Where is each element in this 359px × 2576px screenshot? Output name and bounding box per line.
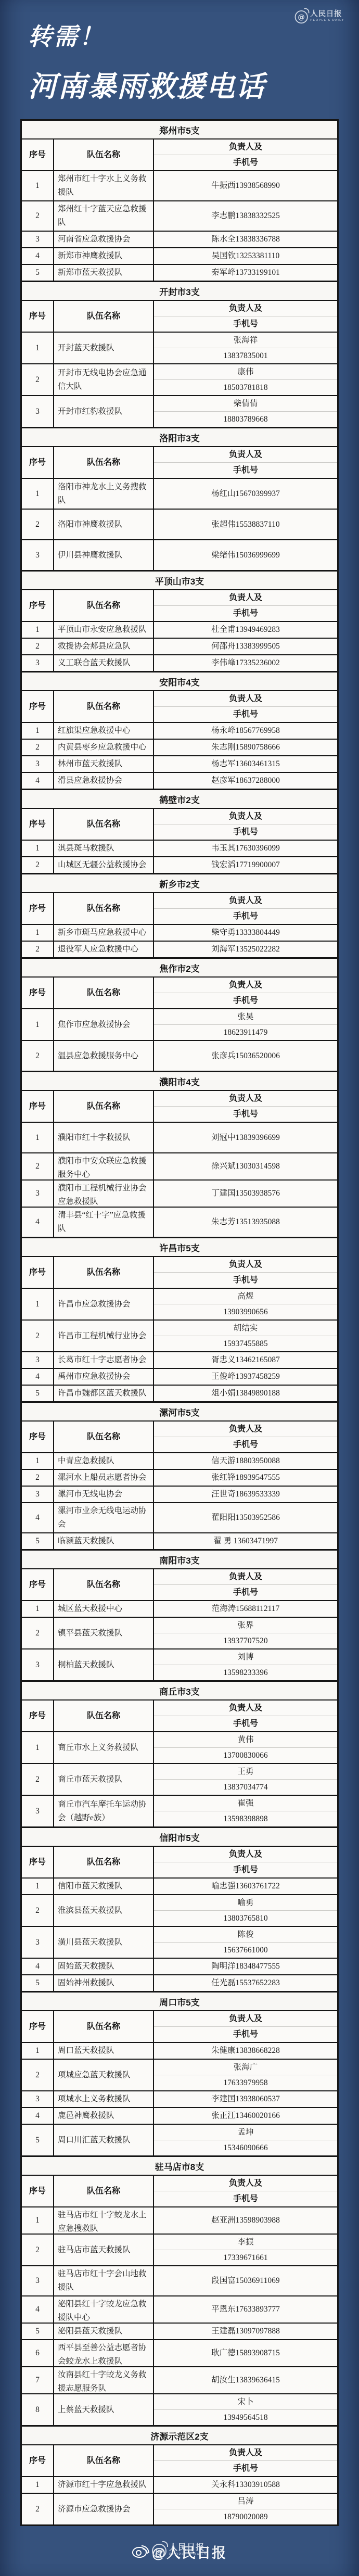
table-row: 1信阳市蓝天救援队喻忠强13603761722 <box>22 1877 337 1894</box>
col-header-contact-line2: 手机号 <box>154 1437 337 1452</box>
table-row: 2驻马店市蓝天救援队李振17339671661 <box>22 2234 337 2265</box>
contact-name: 胡结实 <box>154 1321 337 1336</box>
col-header-contact-line1: 负责人及 <box>154 809 337 824</box>
contact-name-phone: 耿广德15893908715 <box>154 2340 337 2367</box>
table-row: 1开封蓝天救援队张海祥13837835001 <box>22 332 337 363</box>
contact-cell: 翟 勇 13603471997 <box>154 1533 337 1549</box>
contact-name-phone: 赵彦军18637288000 <box>154 772 337 789</box>
col-header-contact: 负责人及手机号 <box>154 1701 337 1731</box>
page-title-line2: 河南暴雨救援电话 <box>28 64 359 105</box>
table-row: 4漯河市业余无线电运动协会翟阳阳13503952586 <box>22 1502 337 1532</box>
col-header-team: 队伍名称 <box>54 1422 154 1452</box>
team-name: 固始蓝天救援队 <box>54 1959 154 1974</box>
contact-cell: 李建国13938060537 <box>154 2091 337 2107</box>
team-name: 驻马店市蓝天救援队 <box>54 2235 154 2265</box>
col-header-contact-line2: 手机号 <box>154 316 337 332</box>
col-header-contact: 负责人及手机号 <box>154 978 337 1008</box>
contact-cell: 杨志军13603461315 <box>154 756 337 772</box>
team-name: 伊川县神鹰救援队 <box>54 540 154 570</box>
contact-phone: 15637661000 <box>154 1942 337 1958</box>
table-row: 1洛阳市神龙水上义务搜救队杨红山15670399937 <box>22 478 337 509</box>
row-index: 2 <box>22 1764 54 1795</box>
col-header-team: 队伍名称 <box>54 2176 154 2206</box>
at-icon: @ <box>295 10 308 23</box>
table-row: 1平顶山市永安应急救援队杜全甫13949469283 <box>22 621 337 638</box>
col-header-index: 序号 <box>22 2011 54 2042</box>
col-header-contact: 负责人及手机号 <box>154 2176 337 2206</box>
col-header-team: 队伍名称 <box>54 2445 154 2476</box>
table-row: 2山城区无疆公益救援协会钱宏滔17719900007 <box>22 856 337 873</box>
table-row: 2内黄县枣乡应急救援中心朱志刚15890758666 <box>22 739 337 755</box>
contact-name-phone: 柴守勇13333804449 <box>154 924 337 941</box>
col-header-team: 队伍名称 <box>54 809 154 840</box>
logo-en-text: PEOPLE'S DAILY <box>169 2553 207 2557</box>
team-name: 淇县斑马救援队 <box>54 841 154 856</box>
city-header: 许昌市5支 <box>22 1237 337 1256</box>
table-row: 5泌阳县蓝天救援队王建磊13097097888 <box>22 2323 337 2339</box>
table-row: 1商丘市水上义务救援队黄伟13700830066 <box>22 1731 337 1763</box>
team-name: 开封市红豹救援队 <box>54 396 154 427</box>
column-header-row: 序号队伍名称负责人及手机号 <box>22 1846 337 1877</box>
city-header: 济源示范区2支 <box>22 2425 337 2444</box>
col-header-contact-line2: 手机号 <box>154 462 337 478</box>
col-header-index: 序号 <box>22 2445 54 2476</box>
contact-name-phone: 杨红山15670399937 <box>154 478 337 509</box>
city-header: 南阳市3支 <box>22 1549 337 1568</box>
row-index: 2 <box>22 364 54 395</box>
row-index: 4 <box>22 1208 54 1237</box>
city-header: 郑州市5支 <box>22 121 337 138</box>
table-row: 4泌阳县红十字蛟龙应急救援队中心平恩东17633893777 <box>22 2295 337 2323</box>
col-header-contact: 负责人及手机号 <box>154 1569 337 1600</box>
contact-cell: 关永科13303910588 <box>154 2477 337 2493</box>
table-row: 1许昌市应急救援协会高煜13903990656 <box>22 1288 337 1319</box>
contact-cell: 王俊峰13937458259 <box>154 1369 337 1385</box>
contact-name-phone: 朱健康13838668228 <box>154 2042 337 2059</box>
col-header-contact-line2: 手机号 <box>154 908 337 924</box>
col-header-team: 队伍名称 <box>54 1701 154 1731</box>
contact-cell: 杨永峰18567769958 <box>154 723 337 739</box>
row-index: 3 <box>22 1352 54 1368</box>
row-index: 1 <box>22 1879 54 1894</box>
col-header-team: 队伍名称 <box>54 691 154 722</box>
table-row: 5许昌市魏都区蓝天救援队俎小娟13849890188 <box>22 1385 337 1401</box>
contact-name-phone: 张彦兵15036520006 <box>154 1040 337 1071</box>
row-index: 1 <box>22 479 54 509</box>
col-header-index: 序号 <box>22 691 54 722</box>
contact-name-phone: 俎小娟13849890188 <box>154 1385 337 1402</box>
col-header-contact: 负责人及手机号 <box>154 893 337 924</box>
col-header-index: 序号 <box>22 1257 54 1288</box>
col-header-index: 序号 <box>22 978 54 1008</box>
rescue-table: 郑州市5支序号队伍名称负责人及手机号1郑州市红十字水上义务救援队牛振西13938… <box>20 119 339 2526</box>
col-header-team: 队伍名称 <box>54 447 154 478</box>
col-header-contact-line2: 手机号 <box>154 706 337 722</box>
table-row: 3潢川县蓝天救援队陈俊15637661000 <box>22 1926 337 1958</box>
logo-cn-text: 人民日报 <box>311 10 344 18</box>
contact-name-phone: 朱志刚15890758666 <box>154 739 337 756</box>
contact-name-phone: 何邵舟13383999505 <box>154 638 337 655</box>
col-header-contact-line2: 手机号 <box>154 1716 337 1731</box>
contact-cell: 朱志刚15890758666 <box>154 740 337 755</box>
contact-cell: 牛振西13938568990 <box>154 171 337 200</box>
row-index: 4 <box>22 1503 54 1532</box>
col-header-contact: 负责人及手机号 <box>154 1422 337 1452</box>
col-header-contact-line1: 负责人及 <box>154 691 337 706</box>
table-row: 3长葛市红十字志愿者协会胥忠义13462165087 <box>22 1351 337 1368</box>
col-header-contact-line2: 手机号 <box>154 824 337 840</box>
row-index: 2 <box>22 2235 54 2265</box>
team-name: 新郑市蓝天救援队 <box>54 265 154 281</box>
contact-name-phone: 吴国钦13253381110 <box>154 248 337 264</box>
contact-name: 崔强 <box>154 1796 337 1811</box>
contact-cell: 吴国钦13253381110 <box>154 248 337 264</box>
contact-cell: 张昊18623911479 <box>154 1009 337 1040</box>
row-index: 2 <box>22 1321 54 1351</box>
contact-cell: 张海广17633979958 <box>154 2060 337 2090</box>
contact-name-phone: 梁绪伟15036999699 <box>154 540 337 570</box>
table-row: 2温县应急救援服务中心张彦兵15036520006 <box>22 1040 337 1071</box>
row-index: 1 <box>22 1732 54 1763</box>
col-header-team: 队伍名称 <box>54 139 154 170</box>
contact-cell: 信天游18803950088 <box>154 1453 337 1469</box>
column-header-row: 序号队伍名称负责人及手机号 <box>22 976 337 1008</box>
col-header-index: 序号 <box>22 590 54 621</box>
contact-name-phone: 关永科13303910588 <box>154 2477 337 2493</box>
row-index: 3 <box>22 2091 54 2107</box>
table-row: 3驻马店市红十字会山地救援队段国富15036911069 <box>22 2265 337 2295</box>
city-header: 平顶山市3支 <box>22 570 337 589</box>
team-name: 洛阳市神鹰救援队 <box>54 510 154 539</box>
contact-name-phone: 王俊峰13937458259 <box>154 1368 337 1385</box>
col-header-contact-line1: 负责人及 <box>154 2445 337 2460</box>
row-index: 3 <box>22 232 54 247</box>
col-header-index: 序号 <box>22 893 54 924</box>
city-header: 新乡市2支 <box>22 873 337 892</box>
contact-cell: 平恩东17633893777 <box>154 2296 337 2323</box>
table-row: 4滑县应急救援协会赵彦军18637288000 <box>22 772 337 789</box>
table-row: 2濮阳市中安众联应急救援服务中心徐兴斌13030314598 <box>22 1152 337 1179</box>
contact-cell: 段国富15036911069 <box>154 2266 337 2295</box>
row-index: 3 <box>22 655 54 671</box>
team-name: 林州市蓝天救援队 <box>54 756 154 772</box>
table-row: 1新乡市斑马应急救援中心柴守勇13333804449 <box>22 924 337 941</box>
table-row: 3河南省应急救援协会陈水全13838336788 <box>22 231 337 247</box>
col-header-contact-line1: 负责人及 <box>154 1701 337 1716</box>
row-index: 3 <box>22 1796 54 1826</box>
row-index: 2 <box>22 2494 54 2524</box>
contact-phone: 13937707520 <box>154 1633 337 1648</box>
team-name: 潢川县蓝天救援队 <box>54 1927 154 1958</box>
row-index: 3 <box>22 396 54 427</box>
column-header-row: 序号队伍名称负责人及手机号 <box>22 808 337 840</box>
contact-name-phone: 杨永峰18567769958 <box>154 722 337 739</box>
col-header-contact-line1: 负责人及 <box>154 978 337 993</box>
contact-name: 孟坤 <box>154 2125 337 2140</box>
contact-cell: 李伟峰17335236002 <box>154 655 337 671</box>
col-header-contact-line1: 负责人及 <box>154 2011 337 2026</box>
table-row: 2洛阳市神鹰救援队张超伟15538837110 <box>22 509 337 539</box>
contact-phone: 13598233396 <box>154 1665 337 1680</box>
team-name: 漯河市业余无线电运动协会 <box>54 1503 154 1532</box>
logo-cn-text: 人民日报 <box>169 2544 207 2552</box>
team-name: 信阳市蓝天救援队 <box>54 1879 154 1894</box>
table-row: 6西平县至善公益志愿者协会蛟龙水上救援队耿广德15893908715 <box>22 2339 337 2366</box>
contact-name-phone: 徐兴斌13030314598 <box>154 1153 337 1180</box>
team-name: 固始神州救援队 <box>54 1975 154 1991</box>
city-header: 开封市3支 <box>22 281 337 300</box>
table-row: 2项城应急蓝天救援队张海广17633979958 <box>22 2059 337 2090</box>
contact-phone: 13837835001 <box>154 348 337 363</box>
contact-phone: 15937455885 <box>154 1336 337 1351</box>
contact-phone: 13700830066 <box>154 1747 337 1763</box>
col-header-contact-line1: 负责人及 <box>154 1847 337 1862</box>
row-index: 5 <box>22 1533 54 1549</box>
table-row: 2救援协会郏县应急队何邵舟13383999505 <box>22 638 337 654</box>
contact-cell: 赵彦军18637288000 <box>154 773 337 789</box>
col-header-contact-line2: 手机号 <box>154 2191 337 2206</box>
col-header-contact-line2: 手机号 <box>154 1272 337 1288</box>
team-name: 汝南县红十字蛟龙义务救援志愿服务队 <box>54 2367 154 2393</box>
col-header-contact-line2: 手机号 <box>154 1862 337 1877</box>
contact-cell: 胡结实15937455885 <box>154 1321 337 1351</box>
row-index: 1 <box>22 333 54 363</box>
team-name: 商丘市蓝天救援队 <box>54 1764 154 1795</box>
row-index: 2 <box>22 1618 54 1648</box>
contact-phone: 18803789668 <box>154 411 337 427</box>
team-name: 滑县应急救援协会 <box>54 773 154 789</box>
contact-cell: 王勇13837034774 <box>154 1764 337 1795</box>
team-name: 退役军人应急救援中心 <box>54 942 154 957</box>
contact-name-phone: 胥忠义13462165087 <box>154 1352 337 1368</box>
contact-cell: 张彦兵15036520006 <box>154 1041 337 1071</box>
col-header-contact-line1: 负责人及 <box>154 301 337 316</box>
contact-cell: 黄伟13700830066 <box>154 1732 337 1763</box>
table-row: 1济源市红十字应急救援队关永科13303910588 <box>22 2476 337 2493</box>
contact-name-phone: 韦玉其17630396099 <box>154 840 337 857</box>
city-header: 驻马店市8支 <box>22 2155 337 2175</box>
contact-name-phone: 胡汝生13839636415 <box>154 2367 337 2394</box>
contact-cell: 任光磊15537652283 <box>154 1975 337 1991</box>
col-header-team: 队伍名称 <box>54 1091 154 1122</box>
col-header-index: 序号 <box>22 1847 54 1877</box>
contact-name-phone: 平恩东17633893777 <box>154 2296 337 2323</box>
contact-name-phone: 任光磊15537652283 <box>154 1975 337 1991</box>
contact-cell: 赵亚洲13598903988 <box>154 2207 337 2234</box>
col-header-contact: 负责人及手机号 <box>154 2445 337 2476</box>
contact-name-phone: 杜全甫13949469283 <box>154 621 337 638</box>
col-header-contact-line2: 手机号 <box>154 1106 337 1122</box>
row-index: 1 <box>22 1123 54 1152</box>
col-header-contact: 负责人及手机号 <box>154 139 337 170</box>
team-name: 鹿邑神鹰救援队 <box>54 2108 154 2124</box>
contact-phone: 17633979958 <box>154 2075 337 2090</box>
people-daily-logo-footer: @ 人民日报 PEOPLE'S DAILY <box>152 2544 207 2558</box>
contact-cell: 汪世奇18639533339 <box>154 1487 337 1502</box>
table-row: 5临颍蓝天救援队翟 勇 13603471997 <box>22 1532 337 1549</box>
contact-name-phone: 张正江13460020166 <box>154 2108 337 2124</box>
contact-name: 高煜 <box>154 1289 337 1304</box>
contact-name-phone: 翟 勇 13603471997 <box>154 1533 337 1550</box>
contact-name: 陈俊 <box>154 1927 337 1942</box>
team-name: 清丰县“红十字”应急救援队 <box>54 1208 154 1237</box>
city-header: 漯河市5支 <box>22 1401 337 1420</box>
column-header-row: 序号队伍名称负责人及手机号 <box>22 1420 337 1452</box>
table-row: 2商丘市蓝天救援队王勇13837034774 <box>22 1763 337 1795</box>
row-index: 1 <box>22 1453 54 1469</box>
contact-name-phone: 赵亚洲13598903988 <box>154 2207 337 2234</box>
table-row: 1焦作市应急救援协会张昊18623911479 <box>22 1008 337 1040</box>
team-name: 温县应急救援服务中心 <box>54 1041 154 1071</box>
column-header-row: 序号队伍名称负责人及手机号 <box>22 690 337 722</box>
col-header-contact: 负责人及手机号 <box>154 809 337 840</box>
row-index: 3 <box>22 1649 54 1680</box>
col-header-team: 队伍名称 <box>54 301 154 332</box>
col-header-contact: 负责人及手机号 <box>154 691 337 722</box>
col-header-team: 队伍名称 <box>54 1847 154 1877</box>
contact-cell: 刘冠中13839396699 <box>154 1123 337 1152</box>
team-name: 洛阳市神龙水上义务搜救队 <box>54 479 154 509</box>
col-header-index: 序号 <box>22 1569 54 1600</box>
contact-name-phone: 范海涛15688112117 <box>154 1601 337 1617</box>
contact-cell: 刘海军13525022282 <box>154 942 337 957</box>
contact-name-phone: 牛振西13938568990 <box>154 171 337 201</box>
team-name: 临颍蓝天救援队 <box>54 1533 154 1549</box>
contact-phone: 13598398898 <box>154 1811 337 1826</box>
city-header: 鹤壁市2支 <box>22 789 337 808</box>
team-name: 镇平县蓝天救援队 <box>54 1618 154 1648</box>
contact-cell: 张界13937707520 <box>154 1618 337 1648</box>
col-header-contact-line2: 手机号 <box>154 1584 337 1600</box>
contact-cell: 徐兴斌13030314598 <box>154 1153 337 1179</box>
team-name: 开封蓝天救援队 <box>54 333 154 363</box>
contact-cell: 喻勇13803765810 <box>154 1895 337 1926</box>
col-header-index: 序号 <box>22 447 54 478</box>
table-row: 4固始蓝天救援队陶明洋18348477555 <box>22 1958 337 1974</box>
col-header-team: 队伍名称 <box>54 2011 154 2042</box>
team-name: 周口蓝天救援队 <box>54 2043 154 2059</box>
team-name: 长葛市红十字志愿者协会 <box>54 1352 154 1368</box>
table-row: 1濮阳市红十字救援队刘冠中13839396699 <box>22 1122 337 1152</box>
column-header-row: 序号队伍名称负责人及手机号 <box>22 1699 337 1731</box>
col-header-contact-line1: 负责人及 <box>154 1569 337 1584</box>
row-index: 2 <box>22 2060 54 2090</box>
row-index: 2 <box>22 639 54 654</box>
team-name: 义工联合蓝天救援队 <box>54 655 154 671</box>
team-name: 新郑市神鹰救援队 <box>54 248 154 264</box>
table-row: 1中青应急救援队信天游18803950088 <box>22 1452 337 1469</box>
table-row: 2许昌市工程机械行业协会胡结实15937455885 <box>22 1319 337 1351</box>
contact-cell: 张海祥13837835001 <box>154 333 337 363</box>
contact-name-phone: 秦军峰13733199101 <box>154 264 337 281</box>
contact-cell: 张超伟15538837110 <box>154 510 337 539</box>
contact-cell: 梁绪伟15036999699 <box>154 540 337 570</box>
team-name: 许昌市魏都区蓝天救援队 <box>54 1386 154 1401</box>
row-index: 3 <box>22 540 54 570</box>
team-name: 泌阳县红十字蛟龙应急救援队中心 <box>54 2296 154 2323</box>
row-index: 1 <box>22 841 54 856</box>
weibo-icon <box>132 2545 148 2558</box>
contact-name-phone: 张超伟15538837110 <box>154 509 337 540</box>
row-index: 1 <box>22 1601 54 1617</box>
column-header-row: 序号队伍名称负责人及手机号 <box>22 2444 337 2476</box>
contact-cell: 秦军峰13733199101 <box>154 265 337 281</box>
column-header-row: 序号队伍名称负责人及手机号 <box>22 300 337 332</box>
team-name: 濮阳市红十字救援队 <box>54 1123 154 1152</box>
column-header-row: 序号队伍名称负责人及手机号 <box>22 589 337 621</box>
table-row: 1红旗渠应急救援中心杨永峰18567769958 <box>22 722 337 739</box>
contact-cell: 朱健康13838668228 <box>154 2043 337 2059</box>
column-header-row: 序号队伍名称负责人及手机号 <box>22 1090 337 1122</box>
row-index: 4 <box>22 2296 54 2323</box>
col-header-contact-line1: 负责人及 <box>154 590 337 605</box>
team-name: 许昌市工程机械行业协会 <box>54 1321 154 1351</box>
contact-name-phone: 朱志芳13513935088 <box>154 1207 337 1237</box>
contact-phone: 13837034774 <box>154 1779 337 1795</box>
table-row: 1周口蓝天救援队朱健康13838668228 <box>22 2042 337 2059</box>
table-row: 3伊川县神鹰救援队梁绪伟15036999699 <box>22 539 337 570</box>
row-index: 4 <box>22 248 54 264</box>
table-row: 3林州市蓝天救援队杨志军13603461315 <box>22 755 337 772</box>
row-index: 2 <box>22 1895 54 1926</box>
table-row: 2淮滨县蓝天救援队喻勇13803765810 <box>22 1894 337 1926</box>
contact-name-phone: 段国富15036911069 <box>154 2266 337 2296</box>
column-header-row: 序号队伍名称负责人及手机号 <box>22 2175 337 2206</box>
team-name: 桐柏蓝天救援队 <box>54 1649 154 1680</box>
table-row: 2开封市无线电协会应急通信大队康伟18503781818 <box>22 363 337 395</box>
contact-cell: 宋卜13949564518 <box>154 2394 337 2425</box>
contact-phone: 17339671661 <box>154 2250 337 2265</box>
contact-name: 张界 <box>154 1618 337 1633</box>
contact-phone: 18790020089 <box>154 2509 337 2524</box>
city-header: 信阳市5支 <box>22 1826 337 1846</box>
contact-name-phone: 钱宏滔17719900007 <box>154 857 337 873</box>
contact-cell: 李振17339671661 <box>154 2235 337 2265</box>
row-index: 4 <box>22 2108 54 2124</box>
col-header-team: 队伍名称 <box>54 1257 154 1288</box>
col-header-team: 队伍名称 <box>54 590 154 621</box>
team-name: 平顶山市永安应急救援队 <box>54 622 154 638</box>
contact-name: 张海广 <box>154 2060 337 2075</box>
col-header-index: 序号 <box>22 301 54 332</box>
infographic-page: @ 人民日报 PEOPLE'S DAILY 转需！ 河南暴雨救援电话 郑州市5支… <box>0 0 359 2576</box>
row-index: 2 <box>22 1041 54 1071</box>
contact-phone: 15346090666 <box>154 2140 337 2155</box>
table-row: 2镇平县蓝天救援队张界13937707520 <box>22 1617 337 1648</box>
contact-name-phone: 李志鹏13838332525 <box>154 201 337 231</box>
contact-cell: 孟坤15346090666 <box>154 2125 337 2155</box>
row-index: 1 <box>22 925 54 941</box>
col-header-index: 序号 <box>22 1701 54 1731</box>
col-header-contact: 负责人及手机号 <box>154 447 337 478</box>
table-row: 2漯河水上船员志愿者协会张红锋18939547555 <box>22 1469 337 1486</box>
contact-cell: 喻忠强13603761722 <box>154 1879 337 1894</box>
contact-cell: 李志鹏13838332525 <box>154 201 337 231</box>
table-row: 3桐柏蓝天救援队刘博13598233396 <box>22 1648 337 1680</box>
contact-cell: 丁建国13503938576 <box>154 1181 337 1207</box>
contact-cell: 陈水全13838336788 <box>154 232 337 247</box>
contact-cell: 高煜13903990656 <box>154 1289 337 1319</box>
col-header-contact-line2: 手机号 <box>154 993 337 1008</box>
col-header-contact-line2: 手机号 <box>154 2460 337 2476</box>
contact-cell: 胥忠义13462165087 <box>154 1352 337 1368</box>
contact-name-phone: 汪世奇18639533339 <box>154 1486 337 1503</box>
team-name: 项城水上义务救援队 <box>54 2091 154 2107</box>
contact-name: 吕涛 <box>154 2494 337 2509</box>
contact-name-phone: 刘海军13525022282 <box>154 941 337 958</box>
contact-cell: 刘博13598233396 <box>154 1649 337 1680</box>
table-row: 5周口川汇蓝天救援队孟坤15346090666 <box>22 2124 337 2155</box>
